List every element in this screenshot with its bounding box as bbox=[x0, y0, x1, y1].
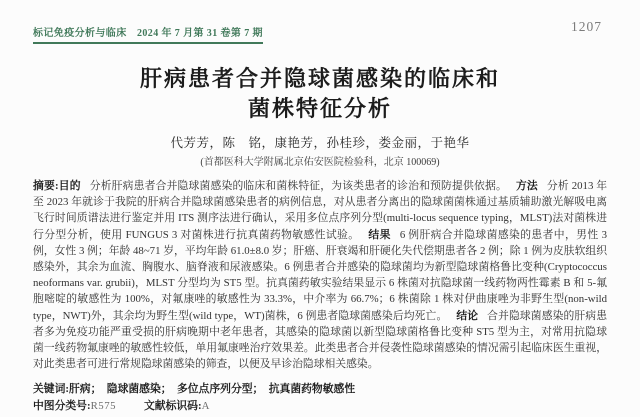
doc-code-value: A bbox=[202, 400, 210, 412]
article-title-line1: 肝病患者合并隐球菌感染的临床和 bbox=[0, 64, 640, 94]
article-title-line2: 菌株特征分析 bbox=[0, 94, 640, 124]
abstract-objective-text: 分析肝病患者合并隐球菌感染的临床和菌株特征，为该类患者的诊治和预防提供依据。 bbox=[90, 180, 507, 192]
journal-header-text: 标记免疫分析与临床 2024 年 7 月第 31 卷第 7 期 bbox=[33, 24, 263, 44]
keywords-list: 肝病； 隐球菌感染； 多位点序列分型； 抗真菌药物敏感性 bbox=[69, 383, 355, 395]
abstract-results-text: 6 例肝病合并隐球菌感染的患者中，男性 3 例，女性 3 例；年龄 48~71 … bbox=[33, 229, 607, 322]
abstract-paragraph: 摘要:目的分析肝病患者合并隐球菌感染的临床和菌株特征，为该类患者的诊治和预防提供… bbox=[33, 178, 607, 372]
abstract-objective-heading: 目的 bbox=[59, 180, 81, 192]
abstract-methods-heading: 方法 bbox=[516, 180, 538, 192]
clc-number-value: R575 bbox=[91, 400, 116, 412]
article-title: 肝病患者合并隐球菌感染的临床和 菌株特征分析 bbox=[0, 64, 640, 124]
abstract-results-heading: 结果 bbox=[368, 229, 390, 241]
keywords-line: 关键词:肝病； 隐球菌感染； 多位点序列分型； 抗真菌药物敏感性 bbox=[33, 381, 607, 396]
affiliation-line: (首都医科大学附属北京佑安医院检验科，北京 100069) bbox=[0, 153, 640, 168]
classification-line: 中图分类号:R575文献标识码:A bbox=[33, 398, 607, 413]
page-number: 1207 bbox=[571, 19, 602, 35]
abstract-conclusion-heading: 结论 bbox=[456, 310, 478, 322]
keywords-label: 关键词: bbox=[33, 383, 69, 395]
journal-page: 标记免疫分析与临床 2024 年 7 月第 31 卷第 7 期 1207 肝病患… bbox=[0, 0, 640, 417]
authors-line: 代芳芳，陈 铭，康艳芳，孙桂珍，娄金丽，于艳华 bbox=[0, 133, 640, 151]
clc-number-label: 中图分类号: bbox=[33, 400, 91, 412]
doc-code-label: 文献标识码: bbox=[144, 400, 202, 412]
abstract-label: 摘要: bbox=[33, 180, 59, 192]
